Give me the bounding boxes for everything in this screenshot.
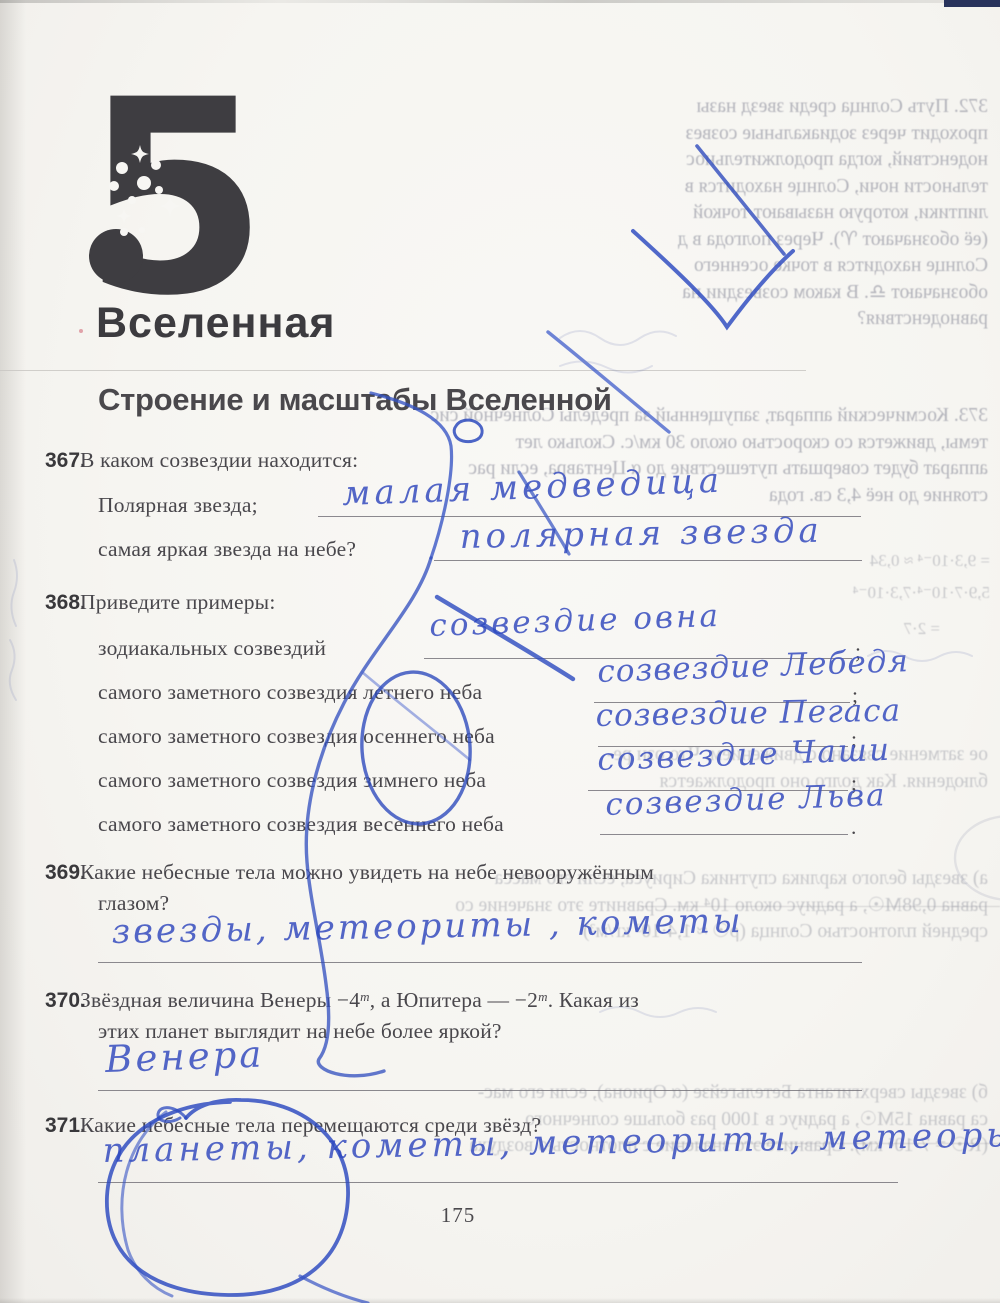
magnitude-superscript: m [360,989,370,1004]
scan-top-edge [0,0,1000,3]
question-367-part1-label: Полярная звезда; [98,493,258,518]
answer-line [98,1182,898,1183]
question-367-part2-label: самая яркая звезда на небе? [98,537,356,562]
bleed-line: тельности ночи, Солнце находится в [616,174,988,201]
workbook-page-scan: 372. Путь Солнца среди звезд назы проход… [0,0,1000,1303]
answer-line [600,834,848,835]
bleed-line: Солнце находится в точке осеннего [616,253,988,280]
answer-line [98,1090,862,1091]
page-number: 175 [0,1203,916,1228]
bleed-line: равноденствия? [616,306,988,333]
handwritten-answer-368-2: созвездие Лебедя [597,643,910,690]
q370-text-a: Звёздная величина Венеры −4 [80,988,360,1012]
bleed-line: (её обозначают ♈). Через полгода в д [616,227,988,254]
chapter-number-graphic: 5 [82,78,272,306]
question-368-row-label: самого заметного созвездия зимнего неба [98,768,486,793]
handwritten-answer-370: Венера [104,1032,265,1081]
book-cover-corner [944,0,1000,7]
question-368-row-label: самого заметного созвездия осеннего неба [98,724,495,749]
bleed-line: 373. Космический аппарат, запущенный за … [608,403,988,430]
question-369-line1: Какие небесные тела можно увидеть на неб… [80,860,654,885]
chapter-title: Вселенная [96,299,336,348]
q370-text-c: . Какая из [548,988,639,1012]
question-370-line1: Звёздная величина Венеры −4m, а Юпитера … [80,988,639,1013]
bleed-line: обозначают ♎. В каком созвездии на [616,280,988,307]
question-367-text: В каком созвездии находится: [80,448,358,473]
bleed-through-formula: = 9,3·10⁻⁴ ≈ 0,34 [820,548,990,575]
section-divider [0,370,806,371]
scan-left-edge-shadow [0,0,26,1303]
handwritten-answer-367-2: полярная звезда [459,511,823,557]
bleed-line: а) звезды белого карлика спутника Сириус… [598,866,988,893]
bleed-line: 372. Путь Солнца среди звезд назы [616,94,988,121]
question-368-row-label: самого заметного созвездия весеннего неб… [98,812,504,837]
question-368-row-label: самого заметного созвездия летнего неба [98,680,482,705]
section-title: Строение и масштабы Вселенной [98,382,612,418]
bleed-line: б) звезды сверхгиганта Бетельгейзе (α Ор… [598,1080,988,1107]
bleed-through-formula: 5,9·7·10⁻⁴·7,3·10⁻⁴ [800,580,990,607]
star-cutouts [109,145,181,236]
bleed-scribble [560,331,676,345]
five-ball-terminal [89,229,143,283]
answer-line [98,962,862,963]
magnitude-superscript: m [538,989,548,1004]
chapter-number: 5 [82,78,268,306]
bleed-line: липтики, которую называют точкой [616,200,988,227]
q370-text-b: , а Юпитера — −2 [370,988,538,1012]
bleed-line: ноденствий, когда продолжительнос [616,147,988,174]
question-368-row-label: зодиакальных созвездий [98,636,326,661]
paper-speck [79,329,83,333]
answer-line [434,560,862,561]
answer-suffix: . [851,815,856,840]
handwritten-answer-368-1: созвездие овна [429,598,722,644]
bleed-line: проходит через зодиакальные созвез [616,121,988,148]
question-368-text: Приведите примеры: [80,590,276,615]
bleed-through-q372: 372. Путь Солнца среди звезд назы проход… [616,94,988,333]
bleed-through-formula: = 2·7 [870,616,940,643]
scan-bottom-edge [0,1298,1000,1303]
handwritten-answer-368-3: созвездие Пегаса [595,693,901,734]
bleed-line: темы, движется со скоростью около 30 км/… [608,430,988,457]
